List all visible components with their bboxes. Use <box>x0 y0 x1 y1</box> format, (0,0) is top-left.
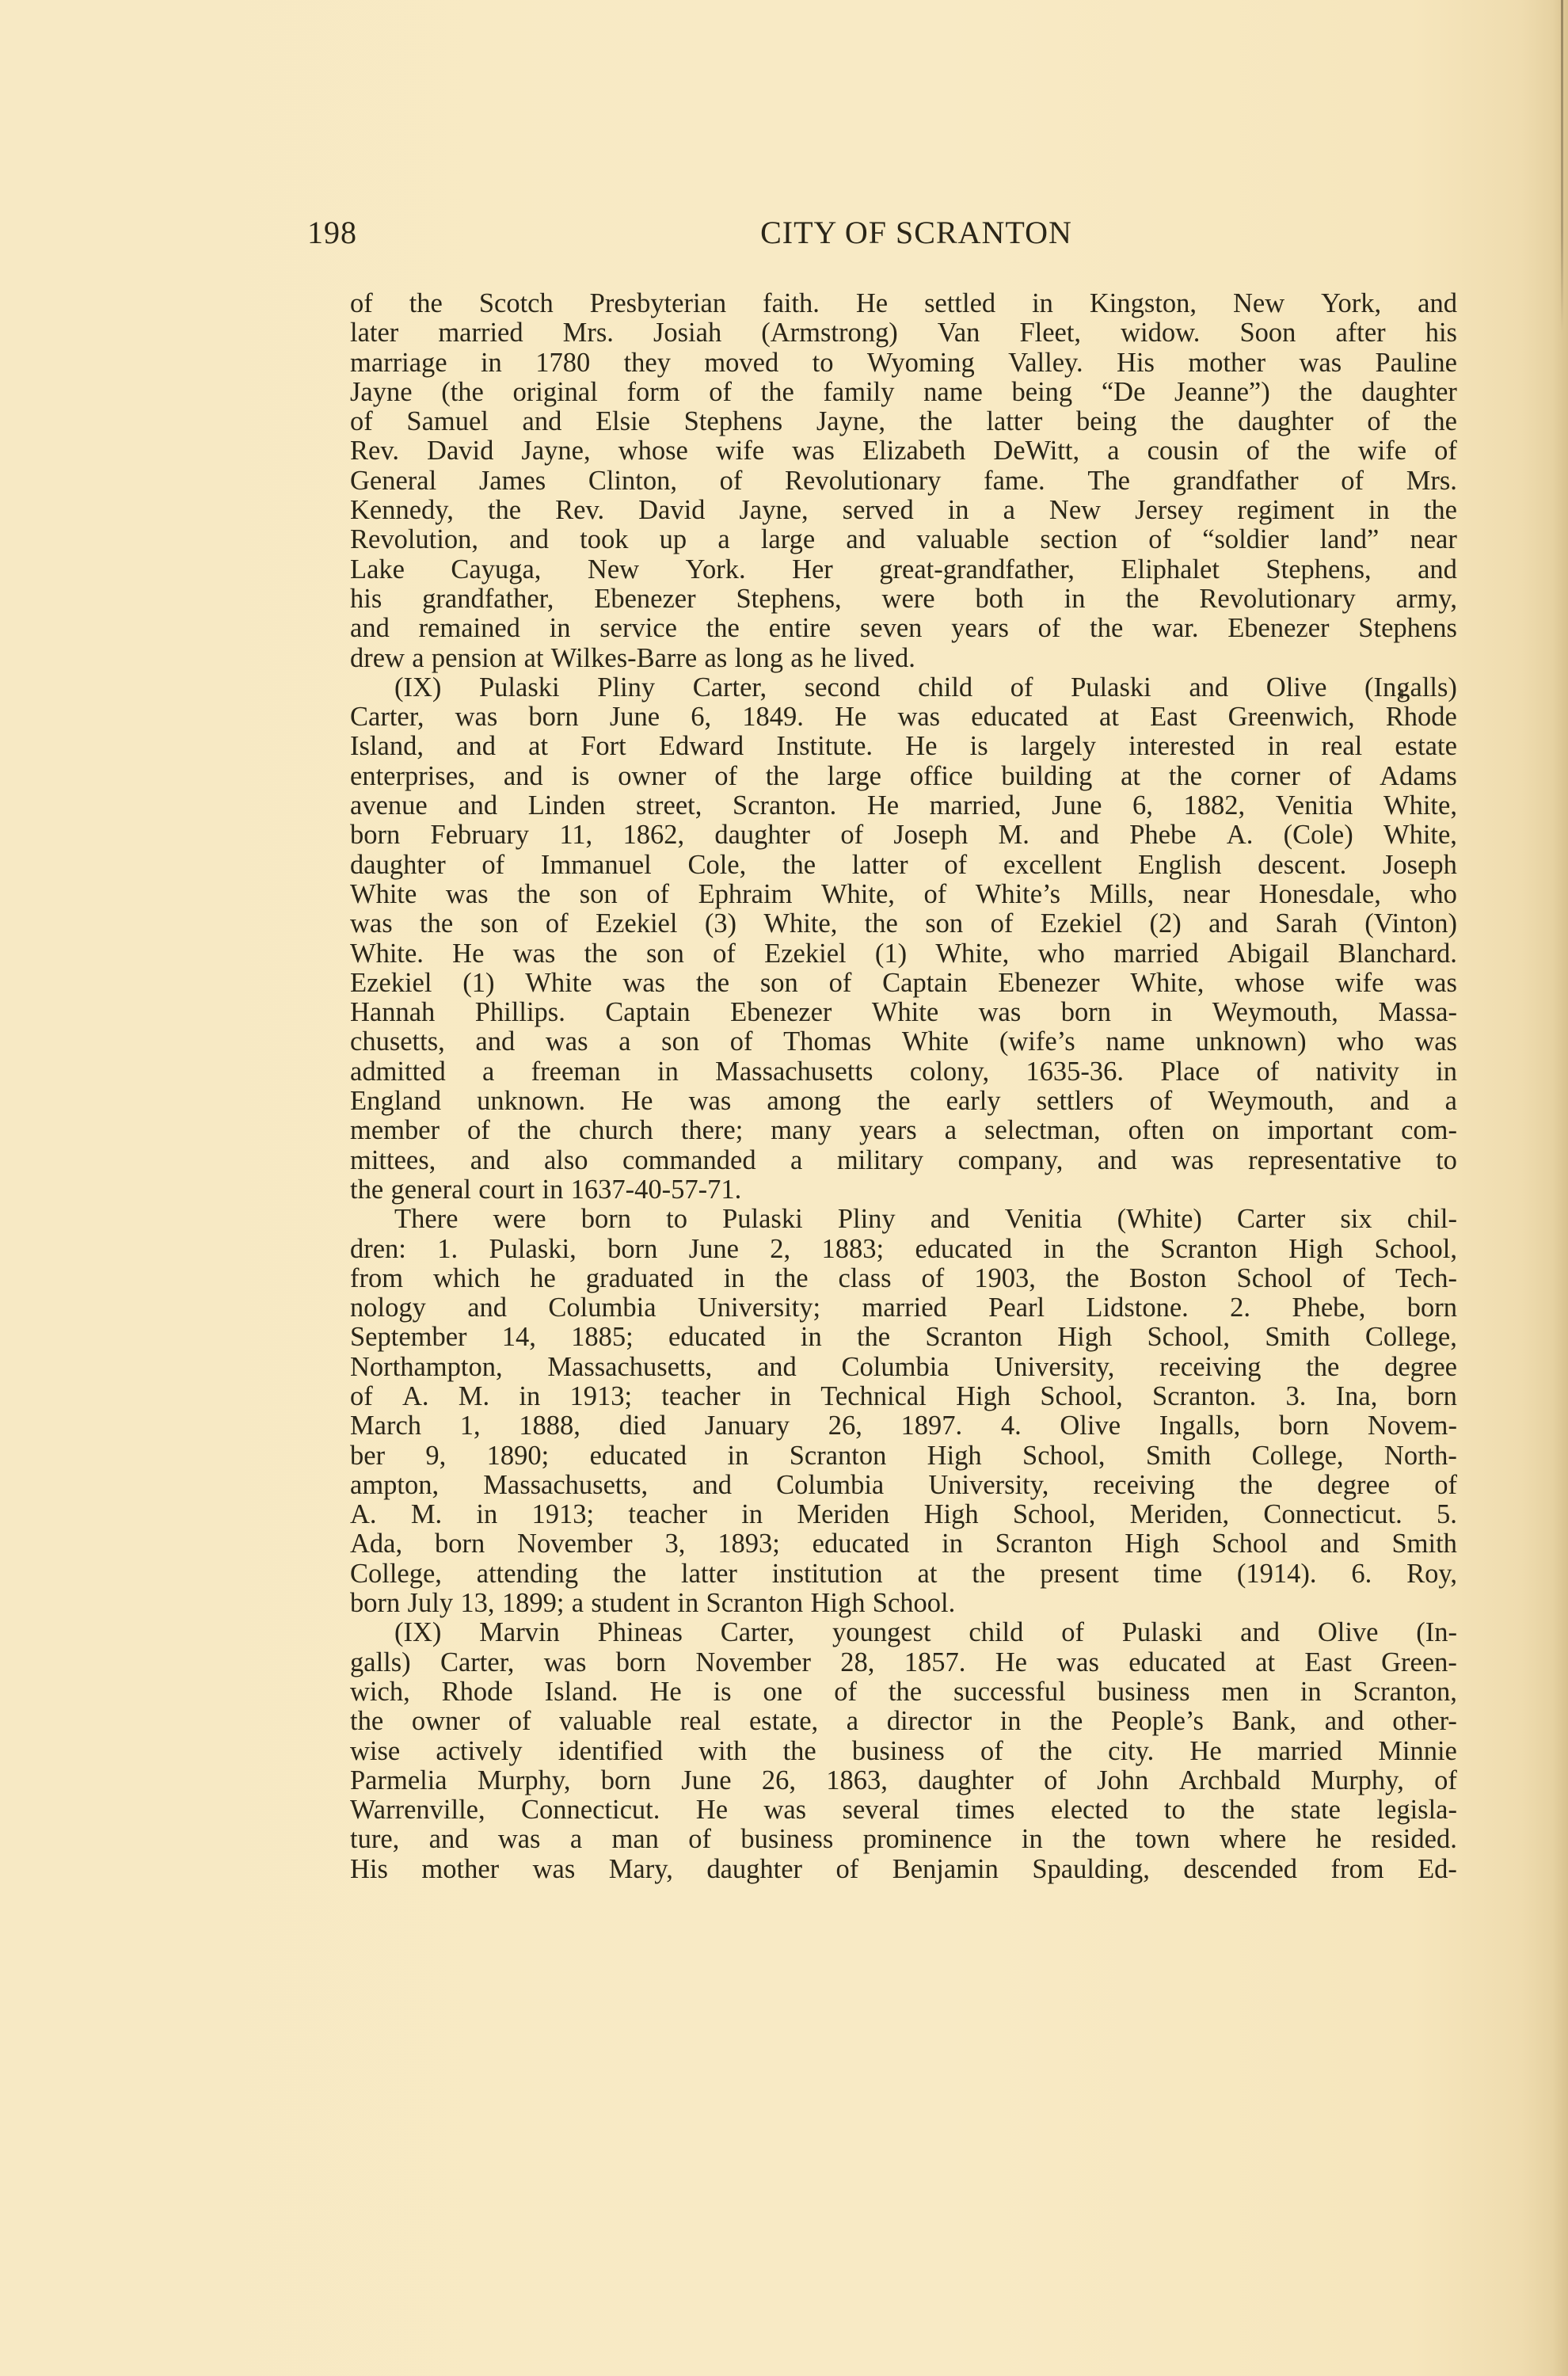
word: 1885; <box>571 1323 634 1352</box>
word: a <box>790 1146 802 1175</box>
text-line: March1,1888,diedJanuary26,1897.4.OliveIn… <box>350 1411 1457 1441</box>
word: Valley. <box>1008 348 1083 378</box>
word: later <box>350 318 398 348</box>
word: wich, <box>350 1677 410 1707</box>
word: and <box>456 732 496 761</box>
word: director <box>887 1707 972 1736</box>
word: Stephens, <box>1265 555 1371 584</box>
word: a <box>570 1825 582 1854</box>
word: there; <box>681 1116 744 1145</box>
word: M. <box>999 821 1029 850</box>
word: to <box>1436 1146 1457 1175</box>
word: Roy, <box>1406 1559 1457 1589</box>
word: Smith <box>1391 1529 1456 1559</box>
word: the <box>766 762 799 791</box>
word: of <box>1329 762 1352 791</box>
word: was <box>446 880 489 909</box>
word: with <box>698 1737 747 1766</box>
word: married <box>1258 1737 1342 1766</box>
word: wife <box>1335 969 1383 998</box>
text-line: White.HewasthesonofEzekiel(1)White,whoma… <box>350 939 1457 969</box>
word: Wyoming <box>867 348 975 378</box>
word: grandfather, <box>422 584 554 614</box>
word: Ezekiel <box>1041 909 1122 939</box>
word: is <box>714 1677 732 1707</box>
word: daughter <box>350 851 446 880</box>
word: was <box>1171 1146 1214 1175</box>
word: He <box>649 1677 681 1707</box>
word: the <box>857 1323 890 1352</box>
word: the <box>1297 436 1330 466</box>
word: Massachusetts, <box>547 1353 712 1382</box>
word: Pulaski <box>479 673 560 703</box>
text-line: Jayne(theoriginalformofthefamilynamebein… <box>350 378 1457 407</box>
word: the <box>696 969 729 998</box>
word: the <box>761 378 794 407</box>
word: at <box>918 1559 938 1589</box>
word: Elizabeth <box>862 436 965 466</box>
word: 1, <box>460 1411 481 1441</box>
word: the <box>889 1677 922 1707</box>
word: who <box>1337 1027 1383 1057</box>
text-line: bornJuly13,1899;astudentinScrantonHighSc… <box>350 1589 1457 1618</box>
word: 2. <box>1230 1293 1250 1323</box>
word: Ebenezer <box>594 584 695 614</box>
word: Van <box>938 318 980 348</box>
word: Connecticut. <box>521 1795 660 1825</box>
word: John <box>1097 1766 1148 1795</box>
word: lived. <box>854 644 915 673</box>
word: 1635-36. <box>1026 1057 1124 1087</box>
word: born <box>1407 1293 1457 1323</box>
word: graduated <box>586 1264 694 1293</box>
word: was <box>533 1855 576 1884</box>
word: the <box>972 1559 1005 1589</box>
word: educated <box>813 1529 910 1559</box>
word: and <box>1189 673 1228 703</box>
word: seven <box>860 614 923 643</box>
word: of <box>1246 436 1269 466</box>
word: English <box>1138 851 1221 880</box>
word: degree <box>1317 1471 1390 1500</box>
word: com- <box>1401 1116 1457 1145</box>
word: Greenwich, <box>1228 703 1355 732</box>
word: and <box>1240 1618 1280 1647</box>
word: He <box>867 791 899 821</box>
word: the <box>1066 1264 1099 1293</box>
word: Carter <box>1237 1205 1305 1234</box>
word: largely <box>1021 732 1096 761</box>
word: was <box>513 939 556 969</box>
word: his <box>1425 318 1457 348</box>
word: Pliny <box>838 1205 896 1234</box>
word: There <box>394 1205 458 1234</box>
word: years <box>951 614 1009 643</box>
word: galls) <box>350 1648 411 1677</box>
word: the <box>350 1707 383 1736</box>
word: section <box>1040 525 1117 554</box>
word: in <box>741 1500 763 1529</box>
word: pension <box>432 644 516 673</box>
word: DeWitt, <box>993 436 1079 466</box>
word: February <box>431 821 530 850</box>
word: real <box>1321 732 1362 761</box>
word: of <box>1038 614 1061 643</box>
word: wise <box>350 1737 400 1766</box>
word: Weymouth, <box>1208 1087 1334 1116</box>
word: University; <box>698 1293 820 1323</box>
word: Phebe <box>1129 821 1196 850</box>
text-line: WhitewasthesonofEphraimWhite,ofWhite’sMi… <box>350 880 1457 909</box>
word: and <box>1418 555 1457 584</box>
word: of <box>1256 1057 1279 1087</box>
word: the <box>409 289 443 318</box>
word: Scranton. <box>733 791 836 821</box>
text-line: LakeCayuga,NewYork.Hergreat-grandfather,… <box>350 555 1457 584</box>
paragraph-pulaski-pliny-carter: (IX)PulaskiPlinyCarter,secondchildofPula… <box>350 673 1457 1205</box>
word: teacher <box>661 1382 740 1411</box>
word: son <box>925 909 963 939</box>
word: long <box>735 644 783 673</box>
word: White <box>350 880 417 909</box>
word: Mrs. <box>1406 466 1457 496</box>
word: “soldier <box>1202 525 1288 554</box>
word: His <box>1117 348 1155 378</box>
word: Clinton, <box>588 466 677 496</box>
word: the <box>706 614 740 643</box>
word: also <box>544 1146 588 1175</box>
text-line: Island,andatFortEdwardInstitute.Heislarg… <box>350 732 1457 761</box>
word: and <box>509 525 549 554</box>
word: building <box>1001 762 1092 791</box>
word: High <box>927 1441 982 1471</box>
word: The <box>1087 466 1130 496</box>
word: Jayne, <box>816 407 885 436</box>
word: and <box>504 762 543 791</box>
word: was <box>350 909 393 939</box>
word: Columbia <box>842 1353 950 1382</box>
word: drew <box>350 644 405 673</box>
word: present <box>1040 1559 1119 1589</box>
word: Murphy, <box>478 1766 571 1795</box>
word: White <box>525 969 592 998</box>
word: Rev. <box>350 436 399 466</box>
word: where <box>1220 1825 1286 1854</box>
word: 11, <box>559 821 592 850</box>
word: College, <box>1252 1441 1344 1471</box>
word: Parmelia <box>350 1766 447 1795</box>
word: years <box>859 1116 917 1145</box>
word: Venitia <box>1276 791 1353 821</box>
word: was <box>546 1027 588 1057</box>
word: Benjamin <box>892 1855 999 1884</box>
word: of <box>1044 1766 1067 1795</box>
word: business <box>740 1825 833 1854</box>
word: elected <box>1051 1795 1128 1825</box>
word: David <box>427 436 493 466</box>
word: the <box>1169 762 1202 791</box>
word: North- <box>1384 1441 1457 1471</box>
word: he <box>1316 1825 1342 1854</box>
word: Scranton. <box>1152 1382 1256 1411</box>
word: Edward <box>659 732 744 761</box>
word: High <box>1057 1323 1112 1352</box>
word: Linden <box>528 791 606 821</box>
word: in <box>724 1264 745 1293</box>
word: the <box>613 1559 646 1589</box>
word: born <box>616 1648 666 1677</box>
text-line: nologyandColumbiaUniversity;marriedPearl… <box>350 1293 1457 1323</box>
word: degree <box>1384 1353 1457 1382</box>
word: of <box>836 1855 859 1884</box>
word: the <box>350 1175 383 1205</box>
word: Captain <box>882 969 967 998</box>
word: important <box>1267 1116 1373 1145</box>
word: educated <box>1128 1648 1226 1677</box>
word: the <box>1049 1707 1083 1736</box>
word: High <box>1125 1529 1179 1559</box>
text-line: hisgrandfather,EbenezerStephens,wereboth… <box>350 584 1457 614</box>
word: the <box>1090 614 1123 643</box>
text-line: admittedafreemaninMassachusettscolony,16… <box>350 1057 1457 1087</box>
word: was <box>1299 348 1342 378</box>
word: School. <box>873 1589 955 1618</box>
word: of <box>709 378 732 407</box>
text-line: ofSamuelandElsieStephensJayne,thelatterb… <box>350 407 1457 436</box>
word: a <box>412 644 424 673</box>
word: daughter <box>1361 378 1457 407</box>
word: who <box>1038 939 1085 969</box>
word: born <box>350 821 400 850</box>
word: chil- <box>1407 1205 1457 1234</box>
word: educated <box>915 1235 1012 1264</box>
word: of <box>350 407 373 436</box>
word: Scotch <box>479 289 554 318</box>
word: name <box>1106 1027 1165 1057</box>
word: High <box>924 1500 979 1529</box>
text-line: ture,andwasamanofbusinessprominenceinthe… <box>350 1825 1457 1854</box>
word: Island, <box>350 732 424 761</box>
word: and <box>846 525 885 554</box>
word: the <box>517 880 550 909</box>
word: Lidstone. <box>1086 1293 1188 1323</box>
paragraph-children-of-pulaski-pliny: TherewereborntoPulaskiPlinyandVenitia(Wh… <box>350 1205 1457 1618</box>
word: of <box>1010 673 1033 703</box>
word: Ebenezer <box>730 998 832 1027</box>
word: many <box>771 1116 832 1145</box>
word: both <box>975 584 1023 614</box>
word: Ebenezer <box>1227 614 1329 643</box>
word: army, <box>1396 584 1457 614</box>
word: born <box>350 1589 400 1618</box>
word: the <box>1239 1471 1273 1500</box>
word: 1899; <box>502 1589 565 1618</box>
word: White, <box>1383 791 1457 821</box>
word: latter <box>852 851 908 880</box>
word: White, <box>821 880 895 909</box>
word: Hannah <box>350 998 435 1027</box>
word: 14, <box>502 1323 536 1352</box>
word: child <box>969 1618 1023 1647</box>
word: who <box>1410 880 1456 909</box>
text-line: wasthesonofEzekiel(3)White,thesonofEzeki… <box>350 909 1457 939</box>
word: a <box>1445 1087 1457 1116</box>
word: street, <box>636 791 702 821</box>
word: Massachusetts <box>715 1057 873 1087</box>
word: Joseph <box>893 821 968 850</box>
word: married <box>438 318 523 348</box>
word: as <box>705 644 728 673</box>
word: born <box>1061 998 1111 1027</box>
word: owner <box>618 762 686 791</box>
word: 6, <box>691 703 711 732</box>
word: general <box>390 1175 471 1205</box>
word: took <box>580 525 628 554</box>
word: at <box>524 644 544 673</box>
word: estate, <box>749 1707 818 1736</box>
word: dren: <box>350 1235 406 1264</box>
text-line: Carter,wasbornJune6,1849.Hewaseducatedat… <box>350 703 1457 732</box>
word: of <box>508 1707 531 1736</box>
word: Phebe, <box>1292 1293 1365 1323</box>
word: grandfather <box>1173 466 1299 496</box>
word: New <box>588 555 639 584</box>
word: (In- <box>1416 1618 1457 1647</box>
word: College, <box>350 1559 442 1589</box>
word: Olive <box>1266 673 1327 703</box>
word: was <box>979 998 1022 1027</box>
word: Meriden, <box>1130 1500 1230 1529</box>
word: David <box>638 496 705 525</box>
word: in <box>519 1382 540 1411</box>
word: General <box>350 466 436 496</box>
word: marriage <box>350 348 447 378</box>
word: and <box>1060 821 1099 850</box>
word: of <box>1061 1618 1084 1647</box>
word: 1780 <box>535 348 590 378</box>
word: company, <box>957 1146 1063 1175</box>
word: born <box>607 1235 657 1264</box>
word: often <box>1128 1116 1185 1145</box>
word: nology <box>350 1293 426 1323</box>
word: excellent <box>1003 851 1102 880</box>
word: Elsie <box>596 407 650 436</box>
word: a <box>717 525 729 554</box>
word: the <box>1125 584 1159 614</box>
word: son <box>661 1027 699 1057</box>
word: chusetts, <box>350 1027 445 1057</box>
word: the <box>488 496 521 525</box>
word: Her <box>792 555 833 584</box>
word: educated <box>668 1323 766 1352</box>
word: Pliny <box>597 673 655 703</box>
word: Minnie <box>1378 1737 1457 1766</box>
word: (White) <box>1117 1205 1202 1234</box>
word: resided. <box>1372 1825 1457 1854</box>
word: they <box>624 348 671 378</box>
word: 1637-40-57-71. <box>571 1175 742 1205</box>
text-line: Northampton,Massachusetts,andColumbiaUni… <box>350 1353 1457 1382</box>
word: He <box>905 732 937 761</box>
word: Ebenezer <box>998 969 1099 998</box>
word: in <box>481 348 502 378</box>
word: service <box>599 614 677 643</box>
word: Technical <box>820 1382 927 1411</box>
word: High <box>810 1589 865 1618</box>
word: the <box>1306 1353 1339 1382</box>
word: “De <box>1102 378 1146 407</box>
word: Stephens <box>1358 614 1457 643</box>
word: enterprises, <box>350 762 475 791</box>
word: and <box>1320 1529 1360 1559</box>
word: served <box>843 496 914 525</box>
word: 9, <box>425 1441 446 1471</box>
word: was <box>455 703 498 732</box>
word: White’s <box>976 880 1060 909</box>
word: born <box>581 1205 631 1234</box>
word: and <box>523 407 562 436</box>
word: attending <box>477 1559 578 1589</box>
word: being <box>1012 378 1073 407</box>
word: he <box>820 644 847 673</box>
word: married <box>1113 939 1198 969</box>
word: (Ingalls) <box>1364 673 1457 703</box>
word: and <box>1370 1087 1410 1116</box>
word: faith. <box>763 289 820 318</box>
word: were <box>493 1205 546 1234</box>
word: Rhode <box>442 1677 513 1707</box>
word: Sarah <box>1275 909 1338 939</box>
word: receiving <box>1093 1471 1194 1500</box>
word: six <box>1340 1205 1372 1234</box>
running-head: 198 CITY OF SCRANTON <box>307 214 1457 253</box>
word: was <box>1414 969 1457 998</box>
word: the <box>877 1087 910 1116</box>
word: Venitia <box>1005 1205 1083 1234</box>
word: in <box>476 1500 497 1529</box>
word: Massa- <box>1378 998 1457 1027</box>
word: of <box>467 1116 490 1145</box>
text-line: Ada,bornNovember3,1893;educatedinScranto… <box>350 1529 1457 1559</box>
word: in <box>1032 289 1053 318</box>
text-line: fromwhichhegraduatedintheclassof1903,the… <box>350 1264 1457 1293</box>
word: York. <box>686 555 746 584</box>
word: He <box>1189 1737 1221 1766</box>
word: regiment <box>1237 496 1334 525</box>
word: son <box>760 969 798 998</box>
word: and <box>475 1027 515 1057</box>
text-line: Revolution,andtookupalargeandvaluablesec… <box>350 525 1457 554</box>
word: East <box>1150 703 1197 732</box>
word: of <box>350 289 373 318</box>
paragraph-marvin-phineas-carter: (IX)MarvinPhineasCarter,youngestchildofP… <box>350 1618 1457 1884</box>
word: student <box>591 1589 670 1618</box>
body-text: oftheScotchPresbyterianfaith.Hesettledin… <box>350 289 1457 1884</box>
word: Smith <box>1265 1323 1330 1352</box>
word: of <box>546 909 569 939</box>
word: at <box>1255 1648 1275 1677</box>
word: Island. <box>545 1677 618 1707</box>
word: York, <box>1321 289 1381 318</box>
word: June <box>1052 791 1102 821</box>
word: of <box>481 851 504 880</box>
word: New <box>1049 496 1101 525</box>
word: Mary, <box>609 1855 673 1884</box>
word: military <box>837 1146 923 1175</box>
word: He <box>696 1795 728 1825</box>
word: and <box>1325 1707 1364 1736</box>
word: one <box>763 1677 803 1707</box>
